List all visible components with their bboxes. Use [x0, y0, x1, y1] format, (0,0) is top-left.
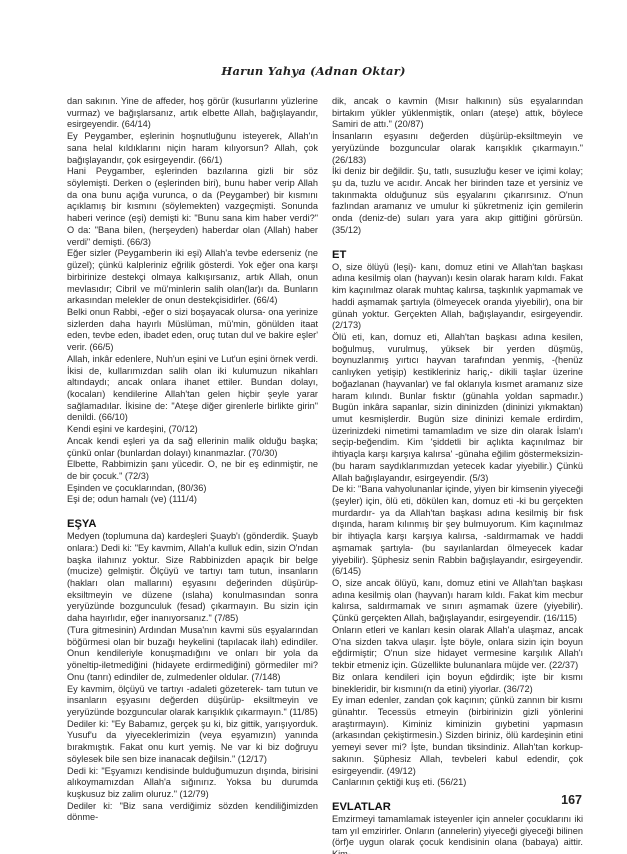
- paragraph: Hani Peygamber, eşlerinden bazılarına gi…: [67, 166, 318, 248]
- paragraph: Emzirmeyi tamamlamak isteyenler için ann…: [332, 814, 583, 854]
- running-header: Harun Yahya (Adnan Oktar): [0, 64, 627, 78]
- paragraph: Belki onun Rabbi, -eğer o sizi boşayacak…: [67, 307, 318, 354]
- paragraph: De ki: "Bana vahyolunanlar içinde, yiyen…: [332, 484, 583, 578]
- paragraph: Eğer sizler (Peygamberin iki eşi) Allah'…: [67, 248, 318, 307]
- paragraph: Ey kavmim, ölçüyü ve tartıyı -adaleti gö…: [67, 684, 318, 719]
- paragraph: Kendi eşini ve kardeşini, (70/12): [67, 424, 318, 436]
- section-heading-et: ET: [332, 249, 583, 262]
- paragraph: Allah, inkâr edenlere, Nuh'un eşini ve L…: [67, 354, 318, 424]
- paragraph: dik, ancak o kavmin (Mısır halkının) süs…: [332, 96, 583, 131]
- paragraph: Ancak kendi eşleri ya da sağ ellerinin m…: [67, 436, 318, 459]
- paragraph: O, size ölüyü (leşi)- kanı, domuz etini …: [332, 262, 583, 332]
- right-column: dik, ancak o kavmin (Mısır halkının) süs…: [332, 96, 583, 854]
- section-heading-esya: EŞYA: [67, 518, 318, 531]
- paragraph: Dediler ki: "Biz sana verdiğimiz sözden …: [67, 801, 318, 824]
- paragraph: Ey iman edenler, zandan çok kaçının; çün…: [332, 695, 583, 777]
- paragraph: Medyen (toplumuna da) kardeşleri Şuayb'ı…: [67, 531, 318, 625]
- paragraph: Dedi ki: "Eşyamızı kendisinde bulduğumuz…: [67, 766, 318, 801]
- paragraph: Eşinden ve çocuklarından, (80/36): [67, 483, 318, 495]
- paragraph: Canlarının çektiği kuş eti. (56/21): [332, 777, 583, 789]
- paragraph: Elbette, Rabbimizin şanı yücedir. O, ne …: [67, 459, 318, 482]
- paragraph: dan sakının. Yine de affeder, hoş görür …: [67, 96, 318, 131]
- left-column: dan sakının. Yine de affeder, hoş görür …: [67, 96, 318, 824]
- paragraph: Dediler ki: "Ey Babamız, gerçek şu ki, b…: [67, 719, 318, 766]
- paragraph: Onların etleri ve kanları kesin olarak A…: [332, 625, 583, 672]
- paragraph: İnsanların eşyasını değerden düşürüp-eks…: [332, 131, 583, 166]
- paragraph: O, size ancak ölüyü, kanı, domuz etini v…: [332, 578, 583, 625]
- paragraph: Ölü eti, kan, domuz eti, Allah'tan başka…: [332, 332, 583, 484]
- paragraph: (Tura gitmesinin) Ardından Musa'nın kavm…: [67, 625, 318, 684]
- page-number: 167: [540, 793, 582, 807]
- paragraph: İki deniz bir değildir. Şu, tatlı, susuz…: [332, 166, 583, 236]
- paragraph: Ey Peygamber, eşlerinin hoşnutluğunu ist…: [67, 131, 318, 166]
- paragraph: Eşi de; odun hamalı (ve) (111/4): [67, 494, 318, 506]
- paragraph: Biz onlara kendileri için boyun eğdirdik…: [332, 672, 583, 695]
